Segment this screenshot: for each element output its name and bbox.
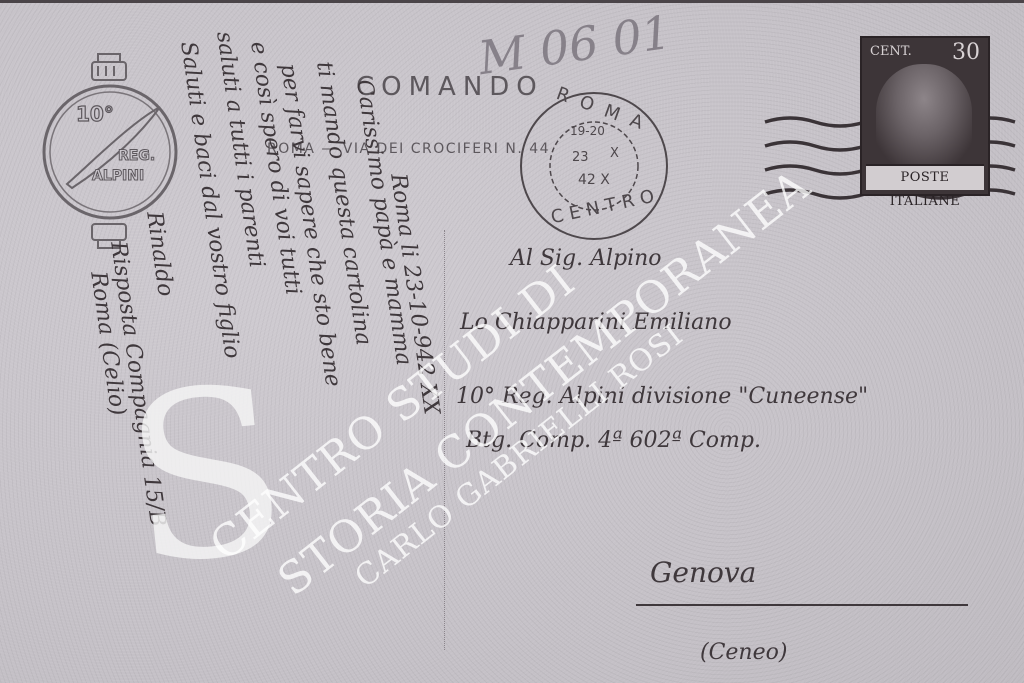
- emblem-number: 10°: [76, 102, 114, 126]
- recipient-province: (Ceneo): [700, 640, 787, 665]
- emblem-line1: REG.: [118, 148, 155, 164]
- recipient-city: Genova: [650, 556, 756, 589]
- postage-stamp: CENT. 30 POSTE ITALIANE: [860, 36, 990, 196]
- king-portrait-icon: [876, 64, 972, 164]
- circular-postmark-icon: ROMA 19-20 23 X 42 X CENTRO: [514, 86, 704, 246]
- emblem-line2: ALPINI: [92, 168, 144, 184]
- postmark-year: 42 X: [578, 172, 610, 188]
- postmark-day: 23: [572, 150, 589, 165]
- postcard: M 06 01 10° REG. ALPINI COMANDO ROMA — V…: [0, 0, 1024, 683]
- postmark-month: X: [610, 146, 619, 161]
- card-top-edge: [0, 0, 1024, 3]
- postmark-time: 19-20: [570, 124, 605, 138]
- stamp-issuer: POSTE ITALIANE: [866, 164, 984, 190]
- stamp-value: 30: [952, 40, 980, 65]
- stamp-denomination-label: CENT.: [870, 44, 912, 59]
- alpine-regiment-badge-icon: 10° REG. ALPINI: [42, 52, 192, 252]
- city-underline: [636, 604, 968, 606]
- recipient-line-1: Al Sig. Alpino: [510, 246, 662, 271]
